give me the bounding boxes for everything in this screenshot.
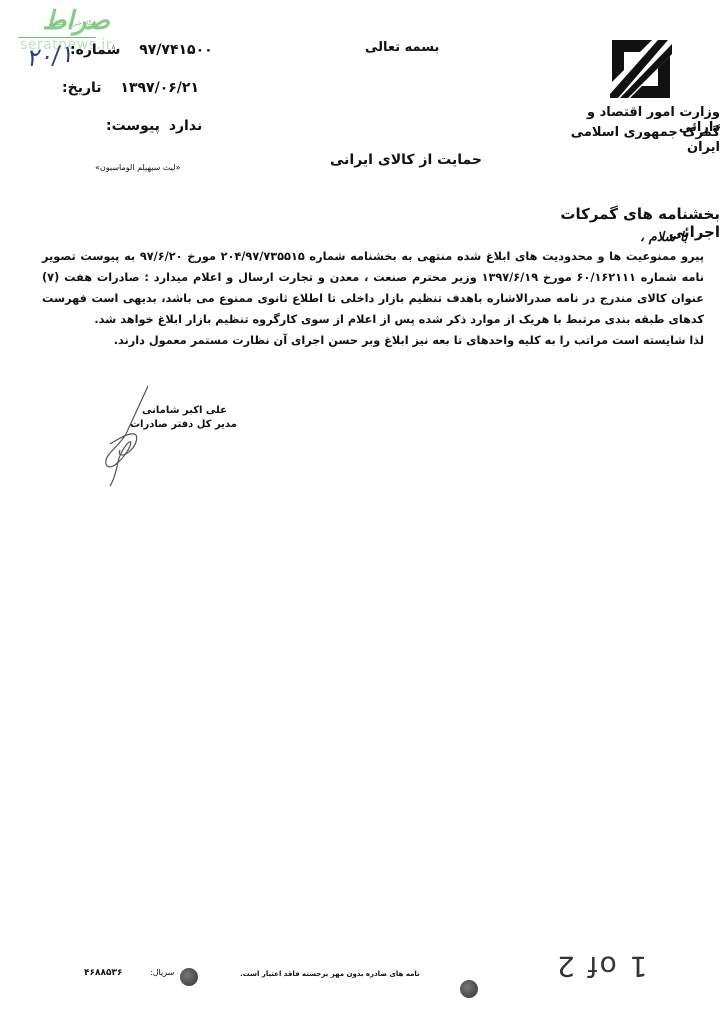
footer-validity-note: نامه های صادره بدون مهر برجسته فاقد اعتب… (240, 970, 420, 978)
year-note: «لیث سیهیلم الوماسیون» (95, 163, 180, 172)
letter-paragraph: پیرو ممنوعیت ها و محدودیت های ابلاغ شده … (42, 246, 704, 330)
letter-date-value: ۱۳۹۷/۰۶/۲۱ (120, 80, 199, 96)
letter-paragraph: لذا شایسته است مراتب را به کلیه واحدهای … (42, 330, 704, 351)
letter-date: ۱۳۹۷/۰۶/۲۱ تاریخ: (62, 80, 199, 96)
letter-greeting: با سلام ، (640, 230, 688, 245)
customs-logo-icon (606, 36, 676, 102)
signatory-name: علی اکبر شامانی (142, 405, 227, 416)
bismillah: بسمه تعالی (365, 40, 439, 55)
signature-scribble-icon (96, 384, 166, 488)
letter-number-label: شماره: (70, 42, 120, 58)
slogan: حمایت از کالای ایرانی (330, 152, 482, 168)
letter-attachment-label: پیوست: (106, 118, 160, 134)
org-customs: گمرک جمهوری اسلامی ایران (540, 125, 720, 155)
letter-number: ۹۷/۷۴۱۵۰۰ شماره: (70, 42, 213, 58)
handwritten-number: ۲۰/۱ (25, 40, 74, 73)
letter-attachment-value: ندارد (169, 118, 202, 134)
page-count: 1 of 2 (555, 950, 647, 983)
watermark-tagline: پایگاه خبری تحلیلی (50, 20, 97, 27)
letter-attachment: ندارد پیوست: (106, 118, 202, 134)
letter-date-label: تاریخ: (62, 80, 102, 96)
punch-hole-icon (180, 968, 198, 986)
serial-number: ۴۶۸۸۵۳۶ (84, 968, 122, 978)
letter-body: پیرو ممنوعیت ها و محدودیت های ابلاغ شده … (42, 246, 704, 351)
serial-label: سریال: (150, 968, 174, 977)
letter-subject: بخشنامه های گمرکات اجرائی (540, 205, 720, 241)
signatory-title: مدیر کل دفتر صادرات (130, 419, 237, 430)
punch-hole-icon (460, 980, 478, 998)
letter-number-value: ۹۷/۷۴۱۵۰۰ (139, 42, 212, 58)
